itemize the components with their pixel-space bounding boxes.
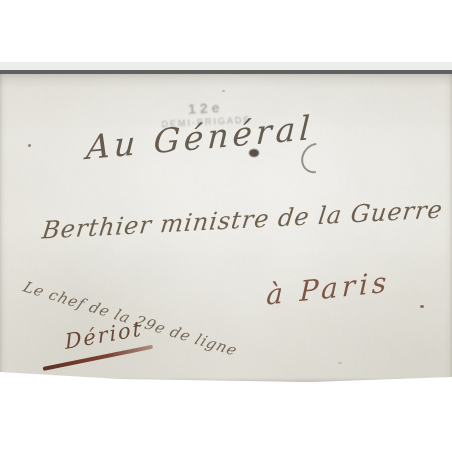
address-recipient-name: Berthier ministre de la Guerre	[41, 195, 445, 244]
ink-speck	[338, 362, 342, 364]
photo-frame-line	[0, 70, 452, 74]
ink-dot	[420, 305, 424, 308]
ink-speck	[222, 90, 225, 92]
letter-paper: 12e DEMI-BRIGADE Au Général Berthier min…	[0, 74, 452, 383]
signature-underline	[43, 345, 154, 371]
address-city: à Paris	[266, 265, 391, 311]
letter-photo: 12e DEMI-BRIGADE Au Général Berthier min…	[0, 0, 452, 452]
ink-blot	[249, 149, 259, 157]
ink-speck	[28, 144, 31, 147]
